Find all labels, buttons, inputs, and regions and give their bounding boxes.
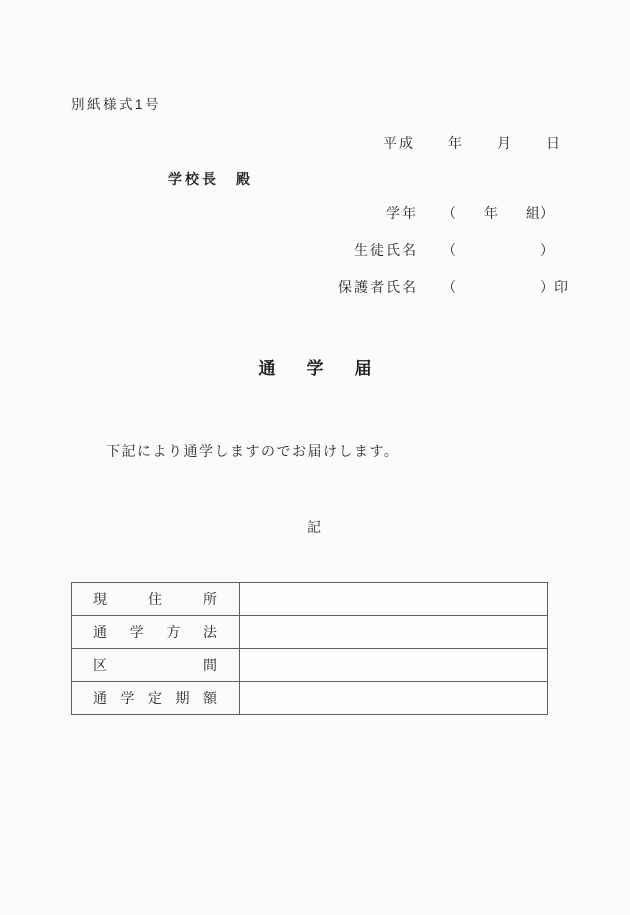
guardian-name-value: （ ）印 (442, 280, 568, 295)
table-row-section: 区間 (72, 649, 548, 682)
table-row-commute-method: 通学方法 (72, 616, 548, 649)
student-name-label: 生徒氏名 (330, 243, 418, 258)
body-text: 下記により通学しますのでお届けします。 (106, 444, 399, 459)
grade-line: 学年 （ 年 組） (330, 206, 568, 221)
address-row-value (240, 583, 548, 616)
form-number-label: 別紙様式1号 (71, 98, 161, 113)
address-row-label: 現住所 (72, 583, 240, 616)
applicant-block: 学年 （ 年 組） 生徒氏名 （ ） 保護者氏名 （ ）印 (330, 206, 568, 317)
pass-fare-row-label: 通学定期額 (72, 682, 240, 715)
document-page: 別紙様式1号 平成 年 月 日 学校長 殿 学年 （ 年 組） 生徒氏名 （ ）… (0, 0, 630, 915)
grade-label: 学年 (330, 206, 418, 221)
commute-method-row-label: 通学方法 (72, 616, 240, 649)
day-label: 日 (546, 136, 562, 151)
commute-method-row-value (240, 616, 548, 649)
document-title: 通 学 届 (0, 360, 630, 379)
grade-value: （ 年 組） (442, 206, 554, 221)
student-name-line: 生徒氏名 （ ） (330, 243, 568, 258)
details-table: 現住所 通学方法 区間 通学定期額 (71, 582, 548, 715)
table-row-pass-fare: 通学定期額 (72, 682, 548, 715)
month-label: 月 (497, 136, 513, 151)
date-line: 平成 年 月 日 (383, 136, 562, 151)
section-marker-ki: 記 (0, 520, 630, 535)
section-row-label: 区間 (72, 649, 240, 682)
year-label: 年 (448, 136, 464, 151)
student-name-value: （ ） (442, 243, 554, 258)
table-row-address: 現住所 (72, 583, 548, 616)
era-label: 平成 (383, 136, 415, 151)
guardian-name-label: 保護者氏名 (330, 280, 418, 295)
pass-fare-row-value (240, 682, 548, 715)
guardian-name-line: 保護者氏名 （ ）印 (330, 280, 568, 295)
section-row-value (240, 649, 548, 682)
recipient-line: 学校長 殿 (168, 172, 253, 187)
